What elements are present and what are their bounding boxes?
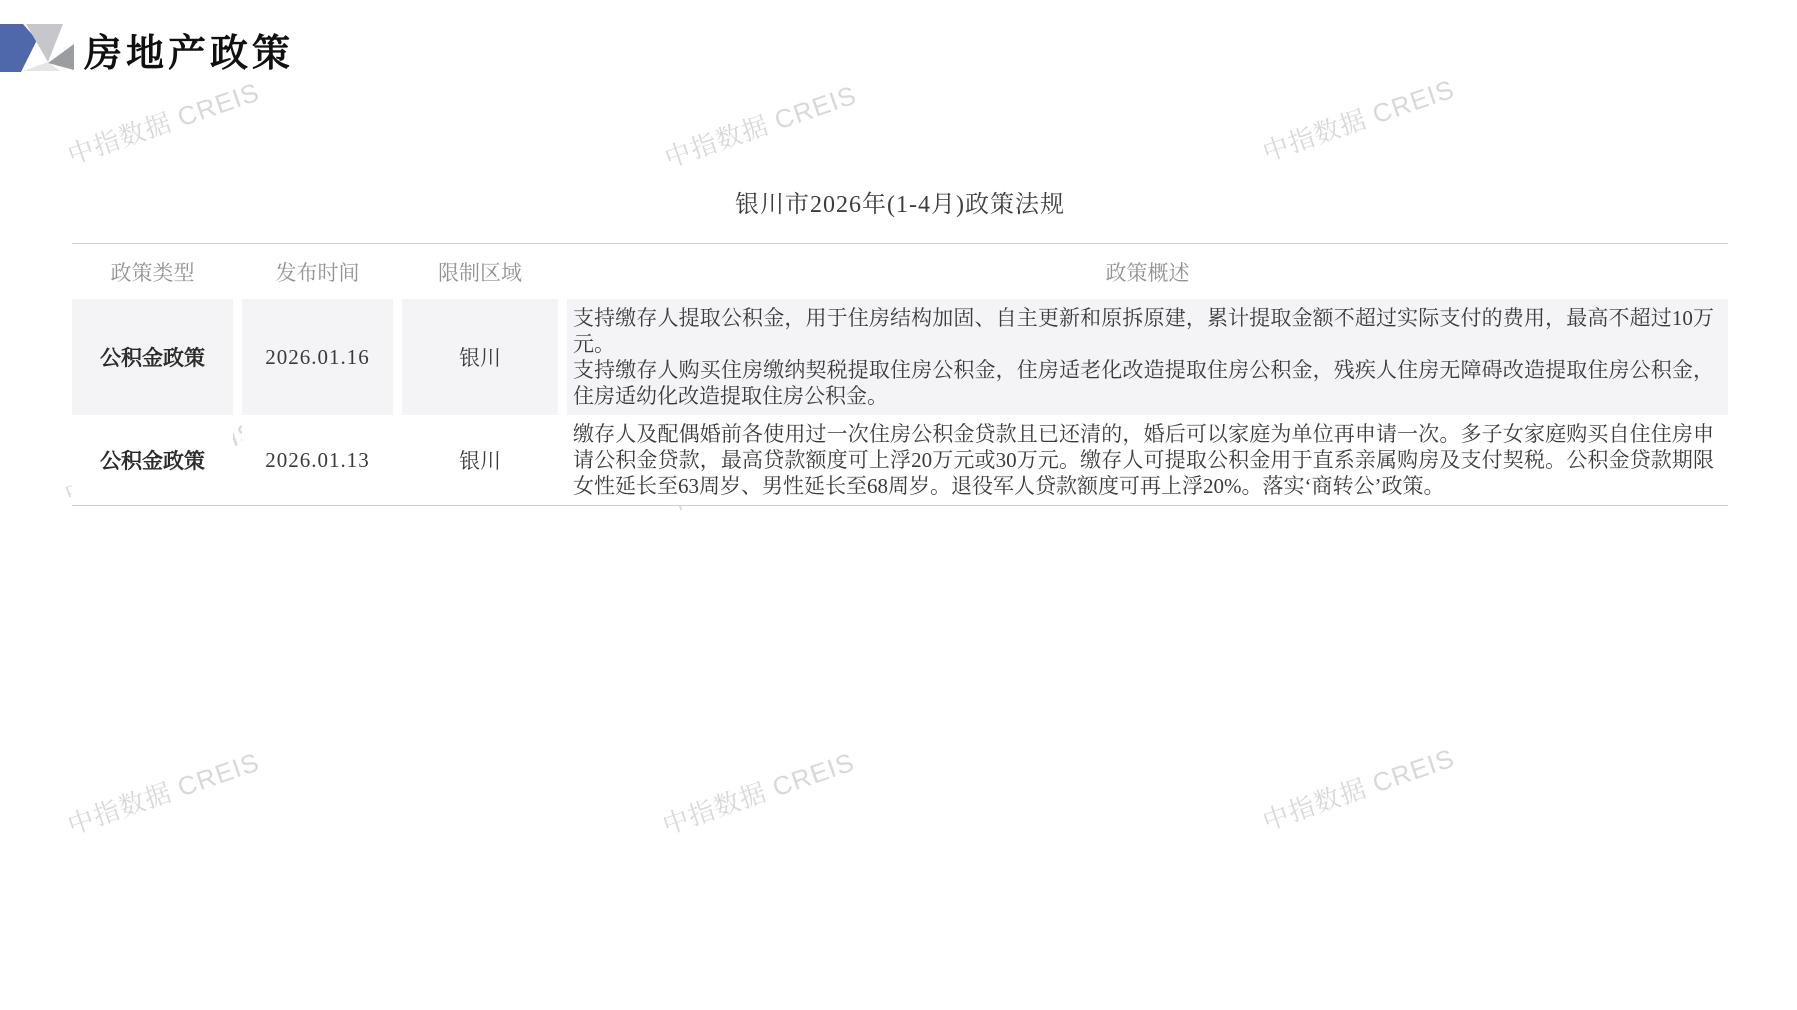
region-cell: 银川 — [402, 415, 558, 505]
column-header-overview: 政策概述 — [567, 257, 1728, 287]
watermark: 中指数据 CREIS — [657, 742, 859, 842]
overview-paragraph: 支持缴存人提取公积金，用于住房结构加固、自主更新和原拆原建，累计提取金额不超过实… — [573, 305, 1714, 357]
brand-logo-icon — [0, 24, 74, 72]
watermark: 中指数据 CREIS — [62, 742, 264, 842]
column-header-region: 限制区域 — [402, 257, 558, 287]
overview-paragraph: 缴存人及配偶婚前各使用过一次住房公积金贷款且已还清的，婚后可以家庭为单位再申请一… — [573, 421, 1714, 499]
watermark: 中指数据 CREIS — [1257, 738, 1459, 838]
policy-table: 政策类型 发布时间 限制区域 政策概述 公积金政策 2026.01.16 银川 … — [72, 243, 1728, 506]
watermark: 中指数据 CREIS — [1257, 69, 1459, 169]
table-row: 公积金政策 2026.01.13 银川 缴存人及配偶婚前各使用过一次住房公积金贷… — [72, 415, 1728, 505]
table-title: 银川市2026年(1-4月)政策法规 — [72, 184, 1728, 219]
policy-type-cell: 公积金政策 — [72, 415, 233, 505]
table-header-row: 政策类型 发布时间 限制区域 政策概述 — [72, 244, 1728, 299]
region-cell: 银川 — [402, 299, 558, 415]
publish-date-cell: 2026.01.16 — [242, 299, 393, 415]
column-header-publish-date: 发布时间 — [242, 257, 393, 287]
overview-paragraph: 支持缴存人购买住房缴纳契税提取住房公积金，住房适老化改造提取住房公积金，残疾人住… — [573, 357, 1714, 409]
overview-cell: 缴存人及配偶婚前各使用过一次住房公积金贷款且已还清的，婚后可以家庭为单位再申请一… — [567, 415, 1728, 505]
publish-date-cell: 2026.01.13 — [242, 415, 393, 505]
table-row: 公积金政策 2026.01.16 银川 支持缴存人提取公积金，用于住房结构加固、… — [72, 299, 1728, 415]
page-heading: 房地产政策 — [84, 22, 294, 77]
column-header-policy-type: 政策类型 — [72, 257, 233, 287]
overview-cell: 支持缴存人提取公积金，用于住房结构加固、自主更新和原拆原建，累计提取金额不超过实… — [567, 299, 1728, 415]
watermark: 中指数据 CREIS — [659, 75, 861, 175]
watermark: 中指数据 CREIS — [62, 72, 264, 172]
policy-type-cell: 公积金政策 — [72, 299, 233, 415]
